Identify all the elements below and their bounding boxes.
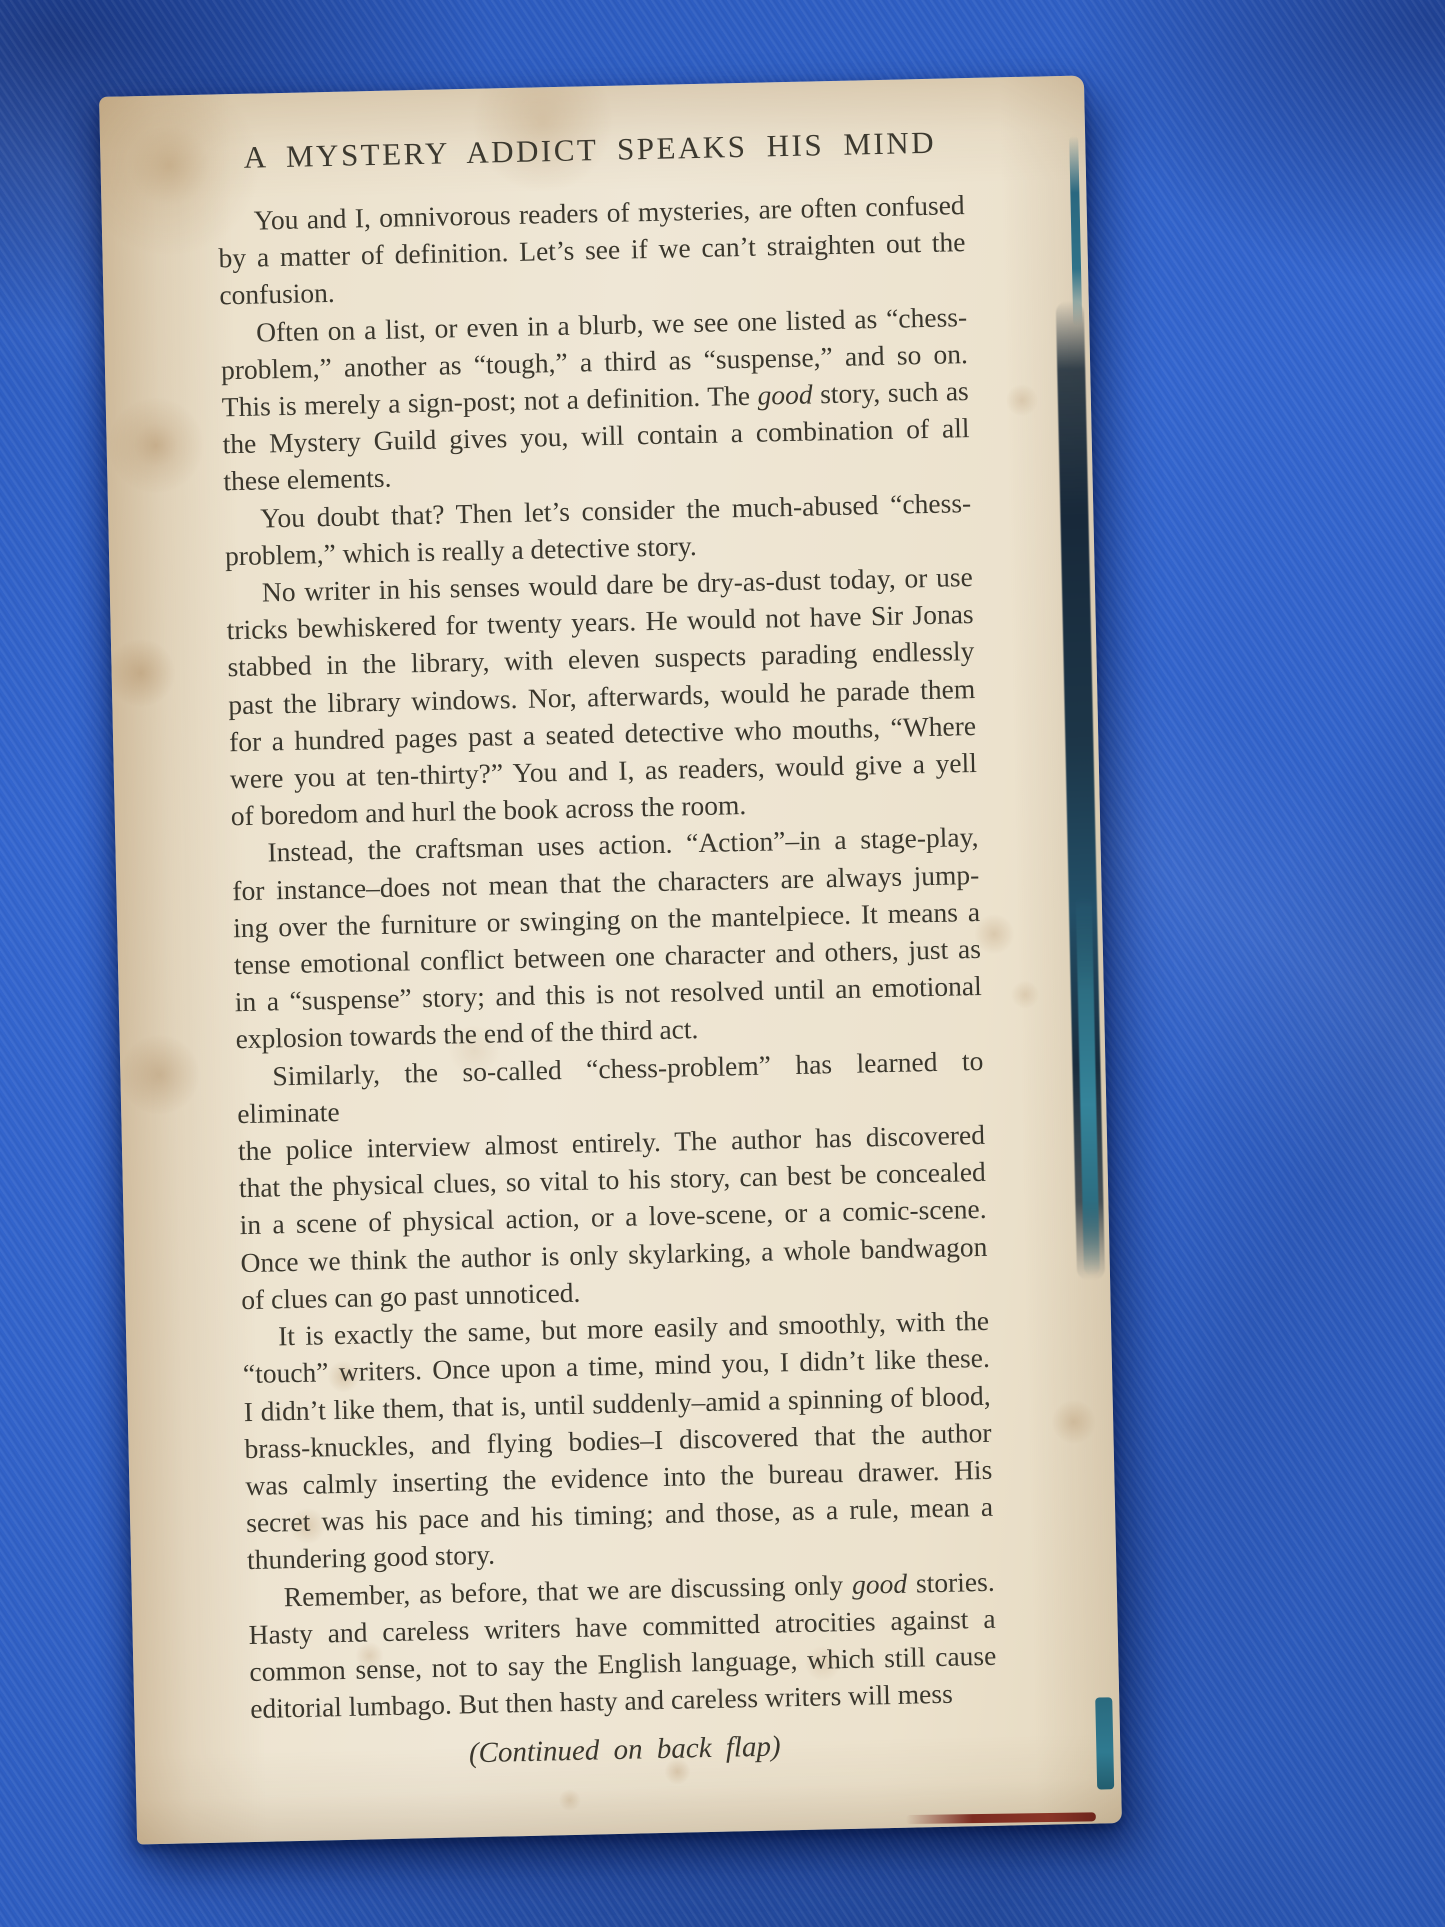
photo-background: A MYSTERY ADDICT SPEAKS HIS MIND You and… xyxy=(0,0,1445,1927)
body-paragraphs: You and I, omnivorous readers of mysteri… xyxy=(217,186,997,1727)
jacket-flap-text: A MYSTERY ADDICT SPEAKS HIS MIND You and… xyxy=(216,124,998,1775)
paragraph: No writer in his senses would dare be dr… xyxy=(225,558,978,835)
paragraph: Instead, the craftsman uses action. “Act… xyxy=(231,818,983,1057)
paragraph: Similarly, the so-called “chess-problem”… xyxy=(236,1042,989,1319)
paragraph: It is exactly the same, but more easily … xyxy=(242,1302,995,1579)
paragraph: Often on a list, or even in a blurb, we … xyxy=(220,298,971,500)
worn-edge-teal-bottom xyxy=(1095,1697,1114,1789)
paragraph: You and I, omnivorous readers of mysteri… xyxy=(217,186,966,314)
paragraph: Remember, as before, that we are discuss… xyxy=(247,1562,997,1727)
book: A MYSTERY ADDICT SPEAKS HIS MIND You and… xyxy=(99,75,1122,1844)
